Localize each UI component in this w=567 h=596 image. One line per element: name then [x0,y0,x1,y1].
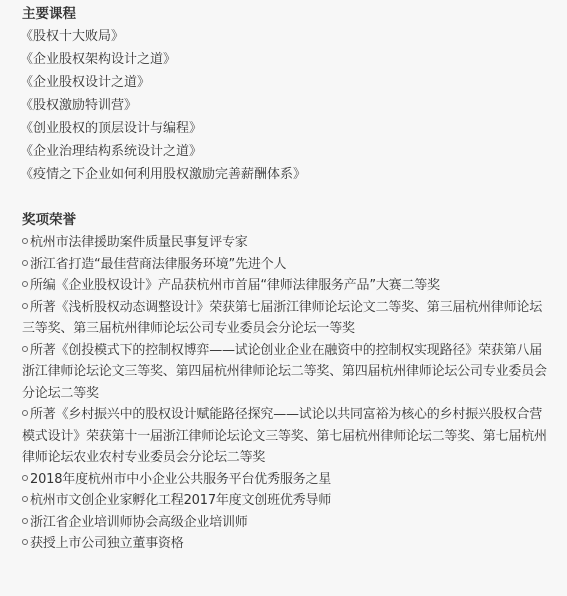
award-text: 所著《创投模式下的控制权博弈——试论创业企业在融资中的控制权实现路径》荣获第八届… [22,343,547,401]
hollow-circle-bullet-icon [22,346,28,352]
award-text: 浙江省打造“最佳营商法律服务环境”先进个人 [30,257,286,272]
hollow-circle-bullet-icon [22,303,28,309]
award-text: 2018年度杭州市中小企业公共服务平台优秀服务之星 [30,472,331,487]
award-text: 所著《乡村振兴中的股权设计赋能路径探究——试论以共同富裕为核心的乡村振兴股权合营… [22,407,547,465]
award-item: 所著《创投模式下的控制权博弈——试论创业企业在融资中的控制权实现路径》荣获第八届… [22,340,553,405]
award-item: 杭州市法律援助案件质量民事复评专家 [22,232,553,254]
award-item: 浙江省打造“最佳营商法律服务环境”先进个人 [22,254,553,276]
course-item: 《企业股权设计之道》 [20,71,553,94]
award-item: 浙江省企业培训师协会高级企业培训师 [22,512,553,534]
award-item: 2018年度杭州市中小企业公共服务平台优秀服务之星 [22,469,553,491]
course-item: 《股权激励特训营》 [20,94,553,117]
hollow-circle-bullet-icon [22,518,28,524]
award-item: 杭州市文创企业家孵化工程2017年度文创班优秀导师 [22,490,553,512]
profile-content: 主要课程 《股权十大败局》 《企业股权架构设计之道》 《企业股权设计之道》 《股… [0,0,567,555]
hollow-circle-bullet-icon [22,260,28,266]
awards-heading: 奖项荣誉 [22,208,553,232]
course-item: 《疫情之下企业如何利用股权激励完善薪酬体系》 [20,163,553,186]
award-item: 所编《企业股权设计》产品获杭州市首届“律师法律服务产品”大赛二等奖 [22,275,553,297]
hollow-circle-bullet-icon [22,539,28,545]
hollow-circle-bullet-icon [22,410,28,416]
award-text: 所编《企业股权设计》产品获杭州市首届“律师法律服务产品”大赛二等奖 [30,278,440,293]
section-spacer [22,186,553,208]
hollow-circle-bullet-icon [22,238,28,244]
course-item: 《创业股权的顶层设计与编程》 [20,117,553,140]
award-list: 杭州市法律援助案件质量民事复评专家 浙江省打造“最佳营商法律服务环境”先进个人 … [22,232,553,555]
award-item: 所著《乡村振兴中的股权设计赋能路径探究——试论以共同富裕为核心的乡村振兴股权合营… [22,404,553,469]
award-text: 杭州市法律援助案件质量民事复评专家 [30,235,248,250]
award-text: 杭州市文创企业家孵化工程2017年度文创班优秀导师 [30,493,331,508]
award-text: 获授上市公司独立董事资格 [30,536,184,551]
courses-heading: 主要课程 [22,4,553,25]
hollow-circle-bullet-icon [22,475,28,481]
hollow-circle-bullet-icon [22,281,28,287]
hollow-circle-bullet-icon [22,496,28,502]
course-item: 《企业治理结构系统设计之道》 [20,140,553,163]
award-item: 所著《浅析股权动态调整设计》荣获第七届浙江律师论坛论文二等奖、第三届杭州律师论坛… [22,297,553,340]
course-item: 《企业股权架构设计之道》 [20,48,553,71]
award-text: 所著《浅析股权动态调整设计》荣获第七届浙江律师论坛论文二等奖、第三届杭州律师论坛… [22,300,542,337]
course-item: 《股权十大败局》 [20,25,553,48]
award-text: 浙江省企业培训师协会高级企业培训师 [30,515,248,530]
course-list: 《股权十大败局》 《企业股权架构设计之道》 《企业股权设计之道》 《股权激励特训… [22,25,553,186]
award-item: 获授上市公司独立董事资格 [22,533,553,555]
